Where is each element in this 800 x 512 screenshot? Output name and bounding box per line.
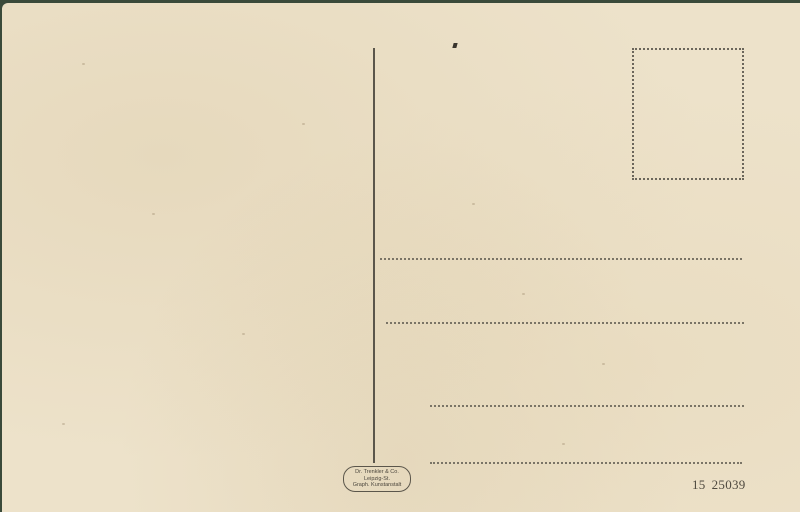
address-line-4 bbox=[430, 462, 742, 464]
paper-speck bbox=[242, 333, 245, 335]
paper-speck bbox=[602, 363, 605, 365]
paper-speck bbox=[522, 293, 525, 295]
paper-speck bbox=[82, 63, 85, 65]
address-line-1 bbox=[380, 258, 742, 260]
paper-speck bbox=[62, 423, 65, 425]
paper-speck bbox=[152, 213, 155, 215]
address-line-2 bbox=[386, 322, 744, 324]
stamp-box bbox=[632, 48, 744, 180]
paper-speck bbox=[562, 443, 565, 445]
serial-prefix: 15 bbox=[692, 477, 706, 492]
paper-speck bbox=[302, 123, 305, 125]
publisher-imprint: Dr. Trenkler & Co. Leipzig-St. Graph. Ku… bbox=[343, 466, 411, 492]
serial-number: 1525039 bbox=[692, 477, 746, 493]
center-divider-line bbox=[373, 48, 375, 463]
serial-value: 25039 bbox=[712, 477, 746, 492]
imprint-line-3: Graph. Kunstanstalt bbox=[353, 482, 402, 489]
address-line-3 bbox=[430, 405, 744, 407]
paper-speck bbox=[472, 203, 475, 205]
